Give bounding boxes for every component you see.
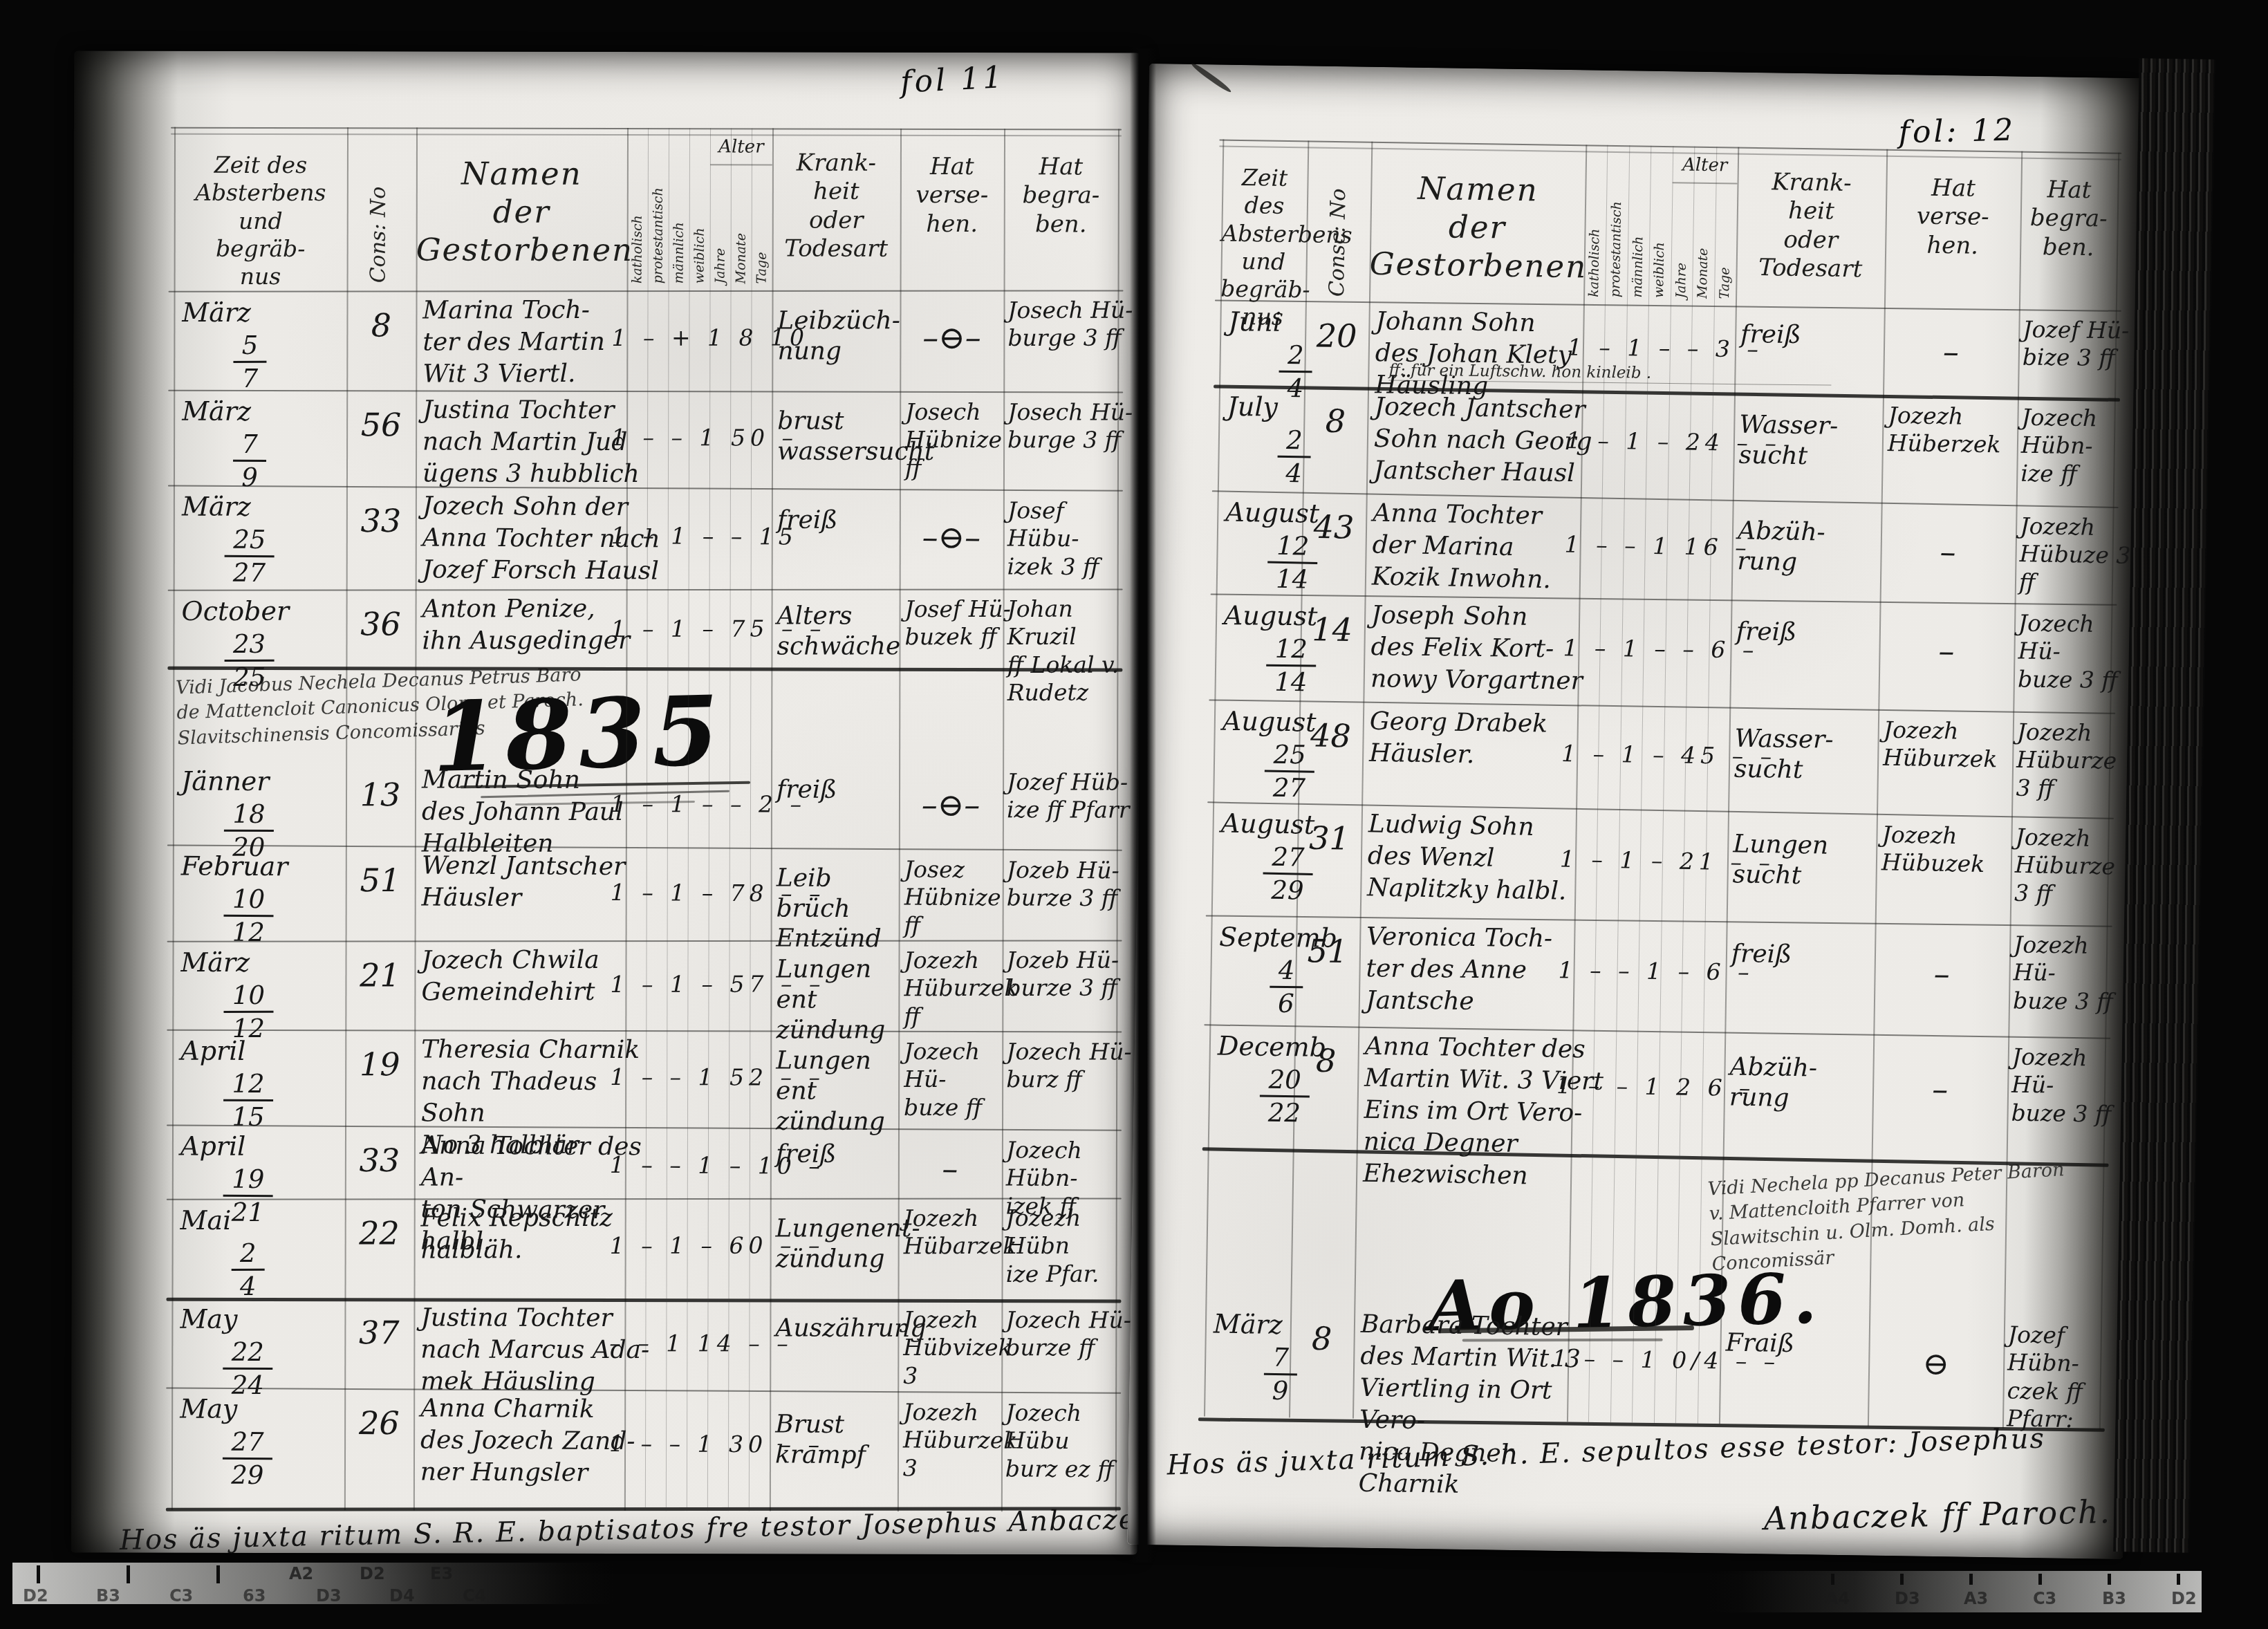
burial-day-denominator: 27 [211, 557, 287, 589]
entry-house-number: 26 [344, 1404, 413, 1443]
microfilm-scan: { "document_type": "Sterbematrik (death … [0, 0, 2268, 1629]
entry-provided-priest: Jozezh Hüburzek ff [904, 947, 1014, 1030]
entry-burial-month: Decemb [1218, 1030, 1290, 1063]
column-header-jahre: Jahre [713, 171, 728, 283]
entry-burial-month: October [181, 595, 340, 628]
entry-buried-priest: Jozeb Hü- burze 3 ff [1007, 856, 1142, 913]
entry-burial-month: März [182, 490, 341, 523]
burial-day-numerator: 10 [224, 980, 273, 1013]
register-row: März101221Jozech Chwila Gemeindehirt1 – … [72, 940, 1130, 1032]
entry-provided-priest: Jozezh Hübarzek [904, 1204, 1014, 1260]
entry-buried-priest: Jozezh Hübuze 3 ff [2018, 512, 2137, 598]
entry-provided-priest: Jozezh Hüburzek [1883, 716, 2025, 774]
register-row: October232536Anton Penize, ihn Ausgeding… [73, 588, 1131, 669]
entry-provided-priest: Josef Hü- buzek ff [904, 595, 1015, 651]
register-row: Septemb4651Veronica Toch- ter des Anne J… [1135, 915, 2121, 1036]
entry-cause-of-death: freiß [776, 1139, 901, 1171]
burial-day-denominator: 29 [1249, 874, 1326, 906]
entry-age-marks: 1 – – 1 2 6 – [1556, 1072, 1747, 1102]
ruler-tick [1900, 1574, 1904, 1585]
entry-age-marks: 1 – – 1 16 – [1564, 531, 1755, 562]
column-header-cause: Krank- heit oder Todesart [1736, 168, 1886, 285]
entry-buried-priest: Jozech Hü- burz ff [1006, 1038, 1141, 1094]
burial-day-denominator: 9 [1242, 1375, 1319, 1407]
ruler-label: A2 [289, 1564, 313, 1583]
entry-cause-of-death: Leibzüch- nung [777, 306, 902, 366]
column-header-provided: Hat verse- hen. [1885, 174, 2021, 261]
register-row: März578Marina Toch- ter des Martin Wit 3… [73, 290, 1131, 392]
entry-house-number: 36 [346, 604, 415, 643]
entry-provided-priest: Jozezh Hüburzek 3 [903, 1399, 1014, 1483]
column-header-tage: Tage [1717, 189, 1733, 299]
entry-cause-of-death: freiß [1731, 939, 1877, 971]
ruler-tick [2108, 1574, 2111, 1585]
column-header-buried: Hat begra- ben. [1004, 153, 1118, 239]
register-page-right: fol: 12 Vidi Nechela pp Decanus Peter Ba… [1127, 64, 2145, 1559]
burial-day-numerator: 7 [233, 429, 266, 462]
entry-buried-priest: Jozezh Hübn ize Pfar. [1006, 1204, 1141, 1288]
entry-age-marks: 1 – 1 – 78 – – [611, 879, 794, 908]
burial-day-numerator: 27 [223, 1426, 272, 1460]
entry-buried-priest: Josech Hü- burge 3 ff [1007, 297, 1142, 353]
entry-provided-mark: – [1872, 1069, 2008, 1110]
register-row: May272926Anna Charnik des Jozech Zand- n… [71, 1386, 1130, 1510]
column-header-weiblich: weiblich [692, 161, 707, 283]
burial-day-numerator: 10 [224, 884, 273, 918]
register-row: April192133Anna Tochter des An- ton Schw… [72, 1124, 1131, 1201]
entry-burial-days: 57 [212, 330, 288, 394]
entry-buried-priest: Jozech Hü- burze ff [1005, 1306, 1140, 1362]
entry-age-marks: 1 – – 1 0/4 – – [1552, 1345, 1743, 1375]
burial-day-numerator: 18 [224, 799, 273, 832]
microfilm-ruler-right: A4D3A3C3B3D2 [1707, 1571, 2202, 1612]
entry-provided-mark: – [1874, 953, 2009, 994]
entry-provided-mark: – [1884, 331, 2019, 371]
entry-burial-days: 2527 [211, 524, 288, 589]
ruler-label: D3 [316, 1586, 342, 1605]
column-header-provided: Hat verse- hen. [900, 153, 1004, 239]
entry-provided-mark: – [898, 1148, 1002, 1188]
alter-box-rule [710, 164, 772, 165]
column-header-cons-no: Cons: No [366, 151, 391, 283]
column-header-buried: Hat begra- ben. [2020, 176, 2118, 263]
entry-house-number: 33 [346, 501, 416, 541]
column-header-tage: Tage [754, 171, 770, 283]
entry-age-marks: 1 – – 1 50 – [611, 424, 794, 452]
ruler-label: 63 [243, 1586, 266, 1605]
ruler-label: D3 [1895, 1589, 1920, 1608]
column-header-jahre: Jahre [1673, 189, 1690, 298]
entry-burial-days: 24 [210, 1238, 286, 1302]
entry-provided-mark: – [1880, 531, 2016, 573]
burial-day-numerator: 23 [225, 629, 274, 662]
entry-age-marks: 1 – + 1 8 10 [611, 324, 794, 353]
entry-buried-priest: Jozezh Hü- buze 3 ff [2013, 931, 2131, 1016]
ruler-tick [216, 1565, 220, 1583]
entry-age-marks: 1 – 1 – – 15 [611, 522, 794, 551]
latin-attestation-footer: Hos äs juxta ritum S. h. E. sepultos ess… [1166, 1423, 2046, 1482]
entry-cause-of-death: freiß [777, 505, 902, 536]
entry-buried-priest: Jozezh Hü- buze 3 ff [2011, 1043, 2130, 1128]
entry-cause-of-death: Lungenent- zündung [776, 1213, 901, 1274]
entry-house-number: 43 [1302, 508, 1366, 548]
ruler-label: D2 [360, 1564, 385, 1583]
burial-day-denominator: 29 [210, 1460, 286, 1491]
table-top-rule [171, 133, 1122, 137]
entry-cause-of-death: Fraiß [1725, 1328, 1872, 1360]
entry-cause-of-death: freiß [777, 775, 902, 806]
entry-cause-of-death: Abzüh- rung [1729, 1052, 1876, 1115]
entry-age-marks: 1 – – 1 – 6 – [1558, 957, 1748, 987]
ruler-tick [2177, 1574, 2180, 1585]
entry-cause-of-death: Abzüh- rung [1737, 516, 1884, 579]
table-top-rule [171, 127, 1122, 131]
entry-provided-priest: Jozezh Hübvizek 3 [903, 1306, 1014, 1390]
entry-provided-priest: Josez Hübnize ff [904, 856, 1015, 940]
entry-provided-mark: –⊖– [899, 785, 1003, 824]
entry-burial-month: May [180, 1393, 339, 1426]
entry-burial-month: April [180, 1035, 340, 1068]
entry-house-number: 8 [346, 306, 416, 344]
entry-burial-month: März [1214, 1308, 1285, 1341]
register-row: May222437Justina Tochter nach Marcus Ada… [71, 1297, 1129, 1390]
entry-buried-priest: Jozech Hübu burz ez ff [1005, 1399, 1141, 1483]
column-header-monate: Monate [734, 171, 749, 283]
ruler-label: D4 [389, 1586, 415, 1605]
entry-age-marks: 1 – 1 – – 3 – [1568, 333, 1758, 363]
column-header-alter: Alter [710, 136, 772, 158]
register-page-left: fol 11 Vidi Jacobus Nechela Decanus Petr… [71, 50, 1141, 1554]
ruler-label: A4 [1825, 1589, 1850, 1608]
entry-burial-month: Septemb [1219, 921, 1291, 953]
entry-buried-priest: Jozef Hü- bize 3 ff [2023, 316, 2141, 373]
register-row: August252748Georg Drabek Häusler.1 – 1 –… [1138, 698, 2123, 817]
entry-cause-of-death: brust wassersucht [777, 407, 902, 467]
entry-provided-priest: Jozech Hü- buze ff [904, 1038, 1014, 1121]
entry-house-number: 48 [1299, 716, 1363, 755]
column-header-names: Namen der Gestorbenen [416, 155, 627, 269]
entry-cause-of-death: Lungen ent zündung [776, 1046, 901, 1137]
burial-day-numerator: 12 [224, 1068, 273, 1101]
register-row: Mai2422Felix Repschitz halbläh.1 – 1 – 6… [72, 1198, 1130, 1300]
entry-age-marks: 1 – – 1 52 – – [610, 1063, 793, 1092]
entry-cause-of-death: freiß [1736, 617, 1882, 649]
entry-burial-month: Juni [1228, 306, 1300, 338]
burial-day-numerator: 19 [223, 1164, 272, 1198]
column-header-katholisch: katholisch [1586, 178, 1604, 297]
ruler-label: D2 [2171, 1589, 2197, 1608]
entry-buried-priest: Johan Kruzil ff Lokal v. Rudetz [1007, 595, 1142, 707]
register-row: April121519Theresia Charnik nach Thadeus… [72, 1029, 1130, 1128]
entry-burial-month: Februar [181, 850, 340, 883]
folio-label: fol 11 [900, 59, 1005, 100]
entry-house-number: 51 [1296, 931, 1360, 971]
column-header-monate: Monate [1695, 189, 1711, 299]
entry-burial-month: März [182, 395, 341, 428]
burial-day-numerator: 2 [232, 1238, 265, 1271]
entry-burial-month: März [182, 297, 341, 329]
entry-house-number: 8 [1303, 401, 1368, 440]
entry-provided-priest: Josech Hübnize ff [905, 398, 1016, 482]
entry-burial-month: Mai [180, 1204, 340, 1237]
column-header-protestantisch: protestantisch [1608, 178, 1625, 297]
burial-day-denominator: 25 [212, 662, 288, 693]
entry-burial-month: August [1220, 807, 1292, 840]
entry-cause-of-death: Wasser- sucht [1734, 724, 1881, 787]
entry-house-number: 51 [346, 861, 415, 900]
entry-deceased-name: Anna Tochter des Martin Wit. 3 Viert Ein… [1363, 1031, 1607, 1194]
entry-house-number: 33 [345, 1141, 414, 1180]
alter-box-rule [1672, 182, 1737, 184]
entry-burial-days: 1012 [210, 884, 287, 949]
entry-burial-month: April [180, 1130, 340, 1163]
burial-day-denominator: 4 [1256, 457, 1332, 490]
entry-buried-priest: Jozech Hübn- ize ff [2020, 404, 2139, 489]
entry-burial-days: 2729 [210, 1426, 286, 1491]
entry-age-marks: – – 1 14 – – [609, 1330, 792, 1358]
entry-provided-mark: – [1879, 631, 2014, 671]
entry-deceased-name: Barbara Tochter des Martin Wit. 3 Viertl… [1358, 1309, 1603, 1504]
entry-house-number: 19 [345, 1045, 414, 1083]
register-row: Jänner182013Martin Sohn des Johann Paul … [73, 759, 1131, 848]
ruler-tick [2038, 1574, 2042, 1585]
entry-buried-priest: Jozech Hü- buze 3 ff [2018, 610, 2136, 695]
ruler-label: D2 [23, 1586, 48, 1605]
entry-buried-priest: Jozezh Hüburze 3 ff [2014, 823, 2133, 909]
entry-burial-days: 1215 [210, 1068, 286, 1133]
burial-day-numerator: 5 [234, 330, 267, 363]
ruler-label: C4 [463, 1586, 486, 1605]
entry-burial-month: August [1223, 705, 1294, 738]
entry-cause-of-death: Alters schwäche [777, 601, 902, 662]
entry-buried-priest: Josech Hü- burge 3 ff [1007, 398, 1142, 454]
column-header-katholisch: katholisch [630, 161, 645, 283]
register-row: August121414Joseph Sohn des Felix Kort- … [1140, 593, 2126, 711]
entry-age-marks: 1 – – 1 30 – – [609, 1430, 792, 1459]
ruler-tick [37, 1565, 40, 1583]
entry-cause-of-death: Lungen sucht [1732, 829, 1879, 893]
register-row: März798Barbara Tochter des Martin Wit. 3… [1129, 1301, 2114, 1426]
entry-burial-month: May [180, 1303, 339, 1336]
burial-day-denominator: 22 [1246, 1097, 1323, 1129]
register-row: August121443Anna Tochter der Marina Kozi… [1141, 489, 2126, 608]
entry-buried-priest: Jozef Hübn- czek ff Pfarr: [2007, 1321, 2126, 1435]
entry-house-number: 37 [344, 1313, 413, 1352]
entry-age-marks: 1 – 1 – 60 – – [610, 1232, 793, 1260]
column-header-time: Zeit des Absterbens und begräb- nus [174, 151, 347, 291]
entry-cause-of-death: Auszährung [775, 1314, 900, 1344]
entry-burial-month: März [180, 947, 340, 979]
entry-house-number: 13 [346, 775, 415, 814]
entry-age-marks: 1 – 1 – – 6 – [1563, 634, 1753, 664]
entry-burial-days: 79 [212, 429, 288, 493]
register-row: July248Jozech Jantscher Sohn nach Georg … [1143, 384, 2128, 505]
register-row: Februar101251Wenzl Jantscher Häusler1 – … [72, 844, 1131, 943]
entry-buried-priest: Jozeb Hü- burze 3 ff [1006, 947, 1141, 1003]
register-row: März252733Jozech Sohn der Anna Tochter n… [73, 484, 1131, 592]
column-header-alter: Alter [1672, 154, 1738, 177]
entry-house-number: 8 [1290, 1319, 1354, 1358]
entry-buried-priest: Josef Hübu- izek 3 ff [1007, 496, 1142, 581]
entry-burial-month: August [1224, 599, 1296, 632]
burial-day-numerator: 22 [223, 1337, 272, 1370]
column-header-maennlich: männlich [671, 161, 687, 283]
entry-house-number: 21 [345, 956, 414, 994]
entry-house-number: 8 [1294, 1041, 1358, 1080]
entry-house-number: 20 [1305, 316, 1369, 355]
column-header-cons-no: Consc: No [1325, 165, 1351, 297]
entry-age-marks: 1 – 1 – – 2 – [611, 790, 794, 819]
column-header-weiblich: weiblich [1651, 179, 1669, 298]
entry-cause-of-death: freiß [1740, 319, 1886, 351]
entry-age-marks: 1 – – 1 – 10 – [610, 1151, 793, 1180]
entry-provided-priest: Jozezh Hüberzek [1888, 402, 2030, 460]
ruler-label: A3 [1964, 1589, 1988, 1608]
entry-house-number: 31 [1297, 818, 1361, 858]
column-header-names: Namen der Gestorbenen [1369, 169, 1585, 286]
column-header-protestantisch: protestantisch [651, 161, 666, 283]
register-row: Decemb20228Anna Tochter des Martin Wit. … [1133, 1023, 2119, 1162]
ruler-label: B3 [2102, 1589, 2126, 1608]
ink-stroke [1190, 62, 1232, 94]
entry-provided-priest: Jozezh Hübuzek [1881, 821, 2024, 879]
burial-day-denominator: 27 [1251, 772, 1328, 804]
entry-age-marks: 1 – 1 – 45 – – [1561, 740, 1752, 770]
burial-day-denominator: 6 [1248, 988, 1324, 1020]
entry-burial-month: Jänner [181, 765, 340, 798]
entry-burial-month: August [1225, 496, 1297, 529]
entry-buried-priest: Jozef Hüb- ize ff Pfarr [1007, 768, 1142, 824]
burial-day-denominator: 14 [1254, 563, 1330, 595]
ruler-tick [1831, 1574, 1834, 1585]
ruler-label: C3 [2033, 1589, 2056, 1608]
microfilm-ruler-left: A2D2E3D2B3C363D3D4C4 [12, 1563, 614, 1604]
entry-burial-month: July [1227, 391, 1299, 424]
entry-age-marks: 1 – 1 – 24 – – [1566, 427, 1757, 457]
column-header-cause: Krank- heit oder Todesart [772, 149, 900, 264]
entry-age-marks: 1 – 1 – 75 – – [611, 615, 794, 644]
ruler-label: B3 [96, 1586, 120, 1605]
entry-provided-mark: –⊖– [900, 318, 1003, 357]
register-row: März7956Justina Tochter nach Martin Jud … [73, 389, 1131, 488]
register-row: Juni2420Johann Sohn des Johan Klety Häus… [1144, 299, 2129, 397]
entry-house-number: 56 [346, 405, 416, 444]
burial-day-numerator: 25 [225, 524, 274, 558]
entry-cause-of-death: Wasser- sucht [1738, 410, 1885, 473]
entry-house-number: 14 [1300, 610, 1364, 649]
ruler-tick [1969, 1574, 1973, 1585]
book-gutter [1130, 48, 1156, 1563]
ruler-label: C3 [169, 1586, 193, 1605]
ruler-tick [127, 1565, 130, 1583]
register-row: August272931Ludwig Sohn des Wenzl Naplit… [1137, 800, 2123, 929]
entry-age-marks: 1 – 1 – 21 – – [1560, 846, 1751, 877]
folio-label: fol: 12 [1898, 113, 2016, 150]
entry-provided-mark: –⊖– [900, 518, 1003, 557]
priest-signature: Anbaczek ff Paroch. [1763, 1493, 2111, 1537]
entry-age-marks: 1 – 1 – 57 – – [610, 971, 793, 999]
entry-house-number: 22 [345, 1213, 414, 1252]
column-header-maennlich: männlich [1630, 178, 1647, 297]
ruler-label: E3 [430, 1564, 453, 1583]
entry-burial-days: 2325 [212, 629, 288, 693]
entry-buried-priest: Jozezh Hüburze 3 ff [2016, 718, 2135, 803]
entry-provided-mark: ⊖ [1868, 1343, 2004, 1384]
entry-cause-of-death: Brust krampf [775, 1410, 901, 1471]
burial-day-denominator: 14 [1253, 667, 1329, 698]
